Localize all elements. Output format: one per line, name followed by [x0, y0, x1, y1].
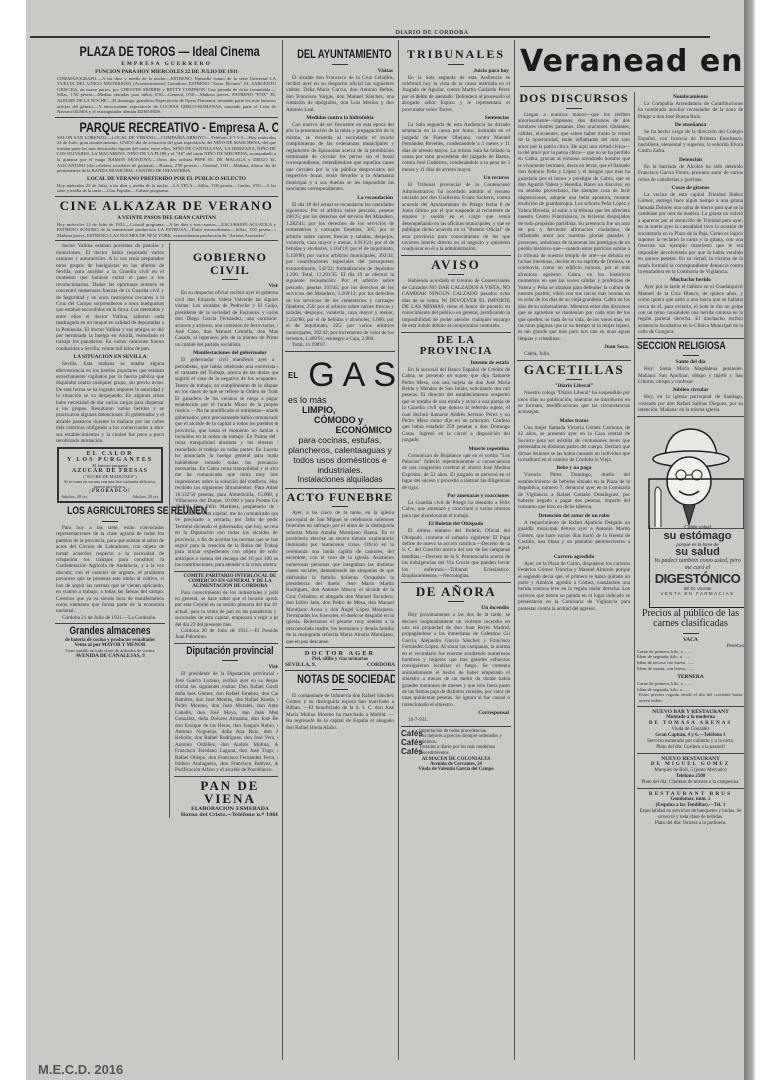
column-1: PLAZA DE TOROS — Ideal Cinema EMPRESA GU…: [55, 40, 278, 1060]
nuevo-bar-ad: NUEVO BAR Y RESTAURANT Montado a la mode…: [637, 709, 744, 751]
parque-title: PARQUE RECREATIVO - Empresa A. Cabrera: [80, 120, 254, 135]
parque-ad: PARQUE RECREATIVO - Empresa A. Cabrera S…: [55, 120, 278, 194]
vallina-article: doctor Vallina estaban provistos de pist…: [56, 243, 164, 352]
notas-title: NOTAS DE SOCIEDAD: [297, 673, 383, 686]
gas-ad: ELGAS es lo más LIMPIO, CÓMODO y ECONÓMI…: [285, 354, 395, 486]
vaca-prices: Carne de primera, kilo, a ......Idem de …: [637, 649, 744, 672]
plaza-toros-ad: PLAZA DE TOROS — Ideal Cinema EMPRESA GU…: [55, 44, 278, 115]
comite-title: COMITE PARITARIO INTERLOCAL DE COMERCIO …: [174, 574, 278, 589]
agricultores-sign: Córdoba 21 de Julio de 1931.—La Comisión…: [56, 615, 164, 621]
hidrofobia-text: Con motivo de ser frecuente en esta époc…: [286, 122, 394, 192]
alkazar-ad: CINE ALKAZAR DE VERANO A VEINTE PASOS DE…: [55, 199, 278, 238]
recurso-text: El Tribunal provincial de lo Contencioso…: [402, 182, 510, 252]
ternera-prices: Carne de primera, kilo, a ......Idem de …: [637, 681, 744, 693]
gobierno-title: GOBIERNO CIVIL: [174, 251, 278, 276]
diputacion-title: Diputación provincial: [186, 646, 273, 658]
aviso-title: AVISO: [401, 258, 511, 272]
sentencias-text: La Sala segunda de esta Audiencia ha dic…: [402, 122, 510, 173]
veranead-banner: Veranead en Cád: [520, 44, 744, 79]
comite-text: Para conocimiento de los industriales y …: [175, 590, 278, 628]
column-2: DEL AYUNTAMIENTO Visitas El alcalde don …: [285, 40, 395, 1060]
agricultores-title: LOS AGRICULTORES SE REUNEN: [67, 506, 153, 518]
religiosa-title: SECCION RELIGIOSA: [637, 341, 720, 353]
parque-text2: Hoy miércoles 22 de Julio, a las diez y …: [57, 183, 276, 194]
plaza-empresa: EMPRESA GUERRERO: [55, 61, 278, 67]
anora-title: DE AÑORA: [401, 585, 511, 599]
mecd-watermark: M.E.C.D. 2016: [38, 1062, 123, 1077]
cafes-ad: CafésCafésCafés Importación de todas pro…: [401, 729, 511, 772]
pan-viena-ad: PAN DE VIENA ELABORACION ESMERADA Horno …: [174, 779, 278, 818]
plaza-title: PLAZA DE TOROS — Ideal Cinema: [80, 44, 254, 59]
ayuntamiento-visitas: El alcalde don Francisco de la Cruz Ceba…: [286, 75, 394, 113]
precios-title: Precios al público de las carnes clasifi…: [637, 609, 744, 630]
notas-text: El comandante de Infantería don Rafael S…: [286, 693, 394, 731]
agricultores-text: Para hoy a las siete, están convocadas r…: [56, 525, 164, 615]
column-5: Nombramiento La Compañía Arrendataria de…: [637, 92, 744, 1060]
funebre-title: ACTO FUNEBRE: [285, 491, 395, 504]
parque-text: SALON SAN LORENZO.—LOCAL DE VERANO.—COMP…: [57, 135, 276, 174]
gobierno-visitas: En su despacho oficial recibió ayer el g…: [175, 290, 278, 348]
discursos-title: DOS DISCURSOS: [517, 92, 631, 105]
column-4: DOS DISCURSOS Llegan a nuestras manos—qu…: [517, 92, 631, 1060]
gacetillas-title: GACETILLAS: [517, 363, 631, 377]
plaza-funcion: FUNCION PARA HOY MIERCOLES 22 DE JULIO D…: [55, 69, 278, 75]
recaudacion-text: El día 18 del actual se recaudaron las c…: [286, 202, 394, 343]
alkazar-text: Hoy miércoles 22 de Julio de 1931.—Colos…: [57, 222, 276, 239]
alkazar-title: CINE ALKAZAR DE VERANO: [55, 199, 278, 213]
calor-ad: EL CALOR Y LOS PURGANTES El famoso purga…: [57, 447, 163, 503]
ayuntamiento-title: DEL AYUNTAMIENTO: [297, 48, 383, 61]
restaurant-bruss-ad: RESTAURANT BRUS Gondomar, núm. 2 (Esquin…: [637, 791, 744, 827]
man-with-hat-illustration: [637, 419, 744, 529]
gobierno-manifestaciones: El gobernador civil manifestó ayer a los…: [175, 357, 278, 568]
digestonico-ad: Cuide usted su estómago porque es la bas…: [637, 419, 744, 609]
column-3: TRIBUNALES Juicio para hoy En la Sala se…: [401, 40, 511, 1060]
juicio-text: En la Sala segunda de esta Audiencia se …: [402, 75, 510, 113]
alkazar-subtitle: A VEINTE PASOS DEL GRAN CAPITAN: [55, 215, 278, 221]
price-row: Idem de cuarta, con hueso, ......: [637, 666, 744, 672]
page-edge: [744, 0, 764, 1080]
aviso-text: Habiendo acordado el Gremio de Comercian…: [402, 278, 510, 329]
sevilla-heading: LA SITUACION EN SEVILLA: [55, 354, 165, 360]
doctor-ager-ad: DOCTOR AGER Piel, sífilis y vías urinari…: [285, 650, 395, 668]
tribunales-title: TRIBUNALES: [401, 48, 511, 61]
nuevo-restaurant-ad: NUEVO RESTAURANT DE MIGUEL GOMEZ Marqués…: [637, 756, 744, 786]
discursos-text: Llegan a nuestras manos—que los reciben …: [518, 112, 630, 343]
parque-local: LOCAL DE VERANO PREFERIDO POR EL PUBLICO…: [55, 176, 278, 182]
funebre-text: Ayer, a las cinco de la tarde, en la igl…: [286, 510, 394, 645]
diputacion-text: El presidente de la Diputación provincia…: [175, 671, 278, 774]
almacenes-ad: Grandes almacenes de batería de cocina y…: [55, 626, 165, 659]
anora-text: Hoy próximamente a las dos de la tarde, …: [402, 612, 510, 708]
provincia-title: DE LA PROVINCIA: [401, 335, 511, 358]
sevilla-text: Sevilla. Esta mañana se notaba alguna ef…: [56, 361, 164, 444]
top-rule: [30, 36, 710, 38]
plaza-text: CINEMATOGRAFO.—A las diez y media de la …: [57, 76, 276, 115]
